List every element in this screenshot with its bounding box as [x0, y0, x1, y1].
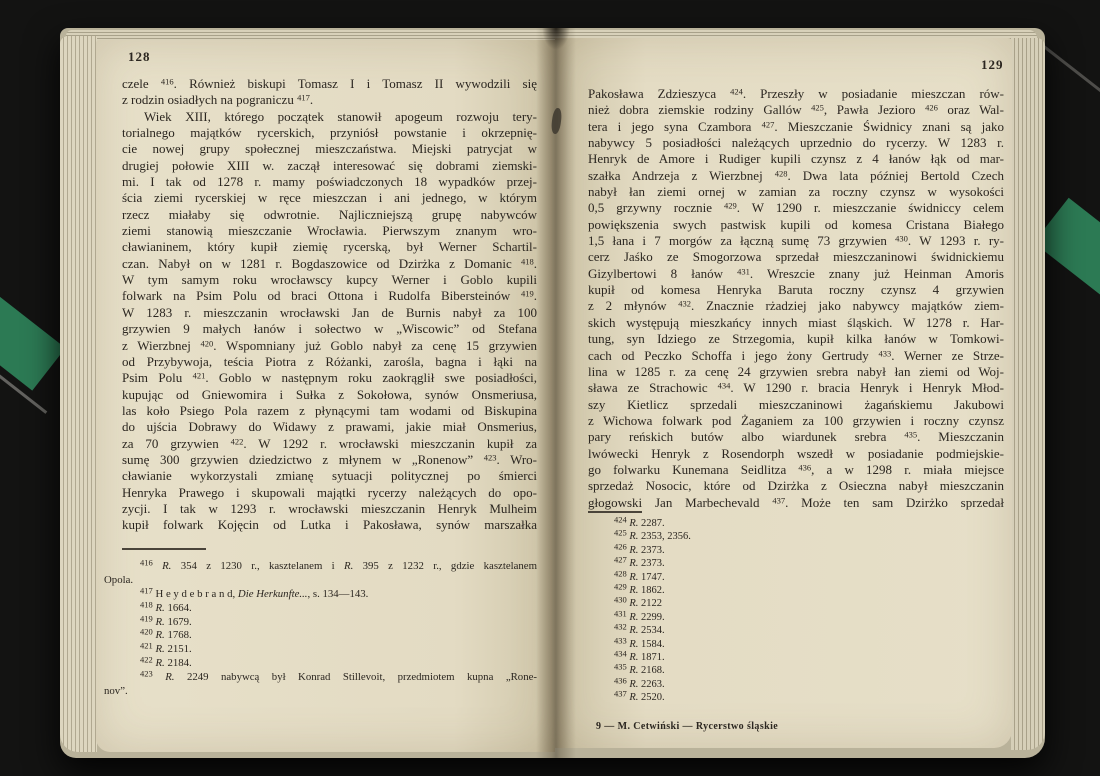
text-line: W tym samym roku wrocławscy kupcy Werner…: [122, 272, 537, 288]
right-footnote-rule: [588, 511, 642, 513]
footnote-line: 434 R. 1871.: [588, 651, 1004, 664]
text-line: Henryka Prawego i skupowali majątki ryce…: [122, 485, 537, 501]
text-line: sława ze Strachowic 434. W 1290 r. braci…: [588, 380, 1004, 396]
text-line: z Wichowa folwark pod Żaganiem za 100 gr…: [588, 413, 1004, 429]
text-line: 0,5 grzywny rocznie 429. W 1290 r. miesz…: [588, 200, 1004, 216]
left-page-text: czele 416. Również biskupi Tomasz I i To…: [122, 76, 537, 534]
gutter-top-notch: [542, 28, 570, 50]
text-line: zycji. I tak w 1293 r. wrocławski mieszc…: [122, 501, 537, 517]
text-line: z Wierzbnej 420. Wspomniany już Goblo na…: [122, 338, 537, 354]
footnote-line: 421 R. 2151.: [104, 643, 537, 657]
text-line: szałka Andrzeja z Wierzbnej 428. Dwa lat…: [588, 168, 1004, 184]
footnote-line: 417 H e y d e b r a n d, Die Herkunfte..…: [104, 588, 537, 602]
text-line: las koło Psiego Pola razem z płynącymi t…: [122, 403, 537, 419]
text-line: nież dobra ziemskie rodziny Gallów 425, …: [588, 102, 1004, 118]
left-page-footnotes: 416 R. 354 z 1230 r., kasztelanem i R. 3…: [104, 560, 537, 699]
text-line: cerz Jaśko ze Smogorzowa sprzedał mieszc…: [588, 249, 1004, 265]
text-line: nabył łan ziemi ornej w zamian za roczny…: [588, 184, 1004, 200]
footnote-line: 427 R. 2373.: [588, 557, 1004, 570]
text-line: drugiej połowie XIII w. zaczął interesow…: [122, 158, 537, 174]
text-line: Henryk de Amore i Rudiger kupili czynsz …: [588, 151, 1004, 167]
footnote-line: Opola.: [104, 574, 537, 588]
page-edges-right: [1011, 38, 1045, 750]
text-line: torialnego majątków rycerskich, przyniós…: [122, 125, 537, 141]
text-line: powiększenia swych pastwisk kupili od ko…: [588, 217, 1004, 233]
text-line: z rodzin osiadłych na pograniczu 417.: [122, 92, 537, 108]
text-line: tera i jego syna Czambora 427. Mieszczan…: [588, 119, 1004, 135]
text-line: lwówecki Henryk z Rosendorph wszedł w po…: [588, 446, 1004, 462]
text-line: cach od Peczko Schoffa i jego żony Gertr…: [588, 348, 1004, 364]
gutter-shadow: [536, 28, 576, 758]
footnote-line: nov”.: [104, 685, 537, 699]
diagonal-line-right: [1042, 44, 1100, 98]
text-line: ziemi stanowią mieszczanie Wrocławia. Pi…: [122, 223, 537, 239]
text-line: mi. I tak od 1278 r. mamy poświadczonych…: [122, 174, 537, 190]
text-line: za 70 grzywien 422. W 1292 r. wrocławski…: [122, 436, 537, 452]
footnote-line: 424 R. 2287.: [588, 517, 1004, 530]
text-line: go folwarku Kunemana Seidlitza 436, a w …: [588, 462, 1004, 478]
page-edges-left: [60, 36, 97, 752]
footnote-line: 423 R. 2249 nabywcą był Konrad Stillevoi…: [104, 671, 537, 685]
text-line: cie nowej grupy społecznej mieszczaństwa…: [122, 141, 537, 157]
footnote-line: 431 R. 2299.: [588, 611, 1004, 624]
text-line: tung, syn Idziego ze Strzegomia, kupił k…: [588, 331, 1004, 347]
text-line: czan. Nabył on w 1281 r. Bogdaszowice od…: [122, 256, 537, 272]
text-line: rzecz miałaby się odwrotnie. Najliczniej…: [122, 207, 537, 223]
text-line: kupił folwark Kojęcin od Lutka i Pakosła…: [122, 517, 537, 533]
page-number-right: 129: [981, 57, 1004, 73]
text-line: cławianinem, który kupił ziemię rycerską…: [122, 239, 537, 255]
text-line: 1,5 łana i 7 morgów za łączną sumę 73 gr…: [588, 233, 1004, 249]
text-line: pary reńskich butów albo wiardunek srebr…: [588, 429, 1004, 445]
footnote-line: 433 R. 1584.: [588, 638, 1004, 651]
text-line: szy Kietlicz sprzedali mieszczaninowi ża…: [588, 397, 1004, 413]
right-page-text: Pakosława Zdzieszyca 424. Przeszły w pos…: [588, 86, 1004, 511]
footnote-line: 426 R. 2373.: [588, 544, 1004, 557]
text-line: Gizylbertowi 8 łanów 431. Wreszcie znany…: [588, 266, 1004, 282]
text-line: sumę 300 grzywien dziedzictwo z młynem w…: [122, 452, 537, 468]
left-footnote-rule: [122, 548, 206, 550]
footnote-line: 422 R. 2184.: [104, 657, 537, 671]
text-line: folwark na Psim Polu od braci Ottona i R…: [122, 288, 537, 304]
text-line: głogowski Jan Marbechevald 437. Może ten…: [588, 495, 1004, 511]
footnote-line: 435 R. 2168.: [588, 664, 1004, 677]
footnote-line: 430 R. 2122: [588, 597, 1004, 610]
text-line: kupując od Gniewomira i Sułka z Sokołowa…: [122, 387, 537, 403]
text-line: sprzedaż Nosocic, które od Dzirżka z Osi…: [588, 478, 1004, 494]
footnote-line: 436 R. 2263.: [588, 678, 1004, 691]
footnote-line: 425 R. 2353, 2356.: [588, 530, 1004, 543]
green-stripe-left: [0, 283, 65, 390]
page-number-left: 128: [128, 49, 151, 65]
text-line: kupił od komesa Henryka Baruta roczny cz…: [588, 282, 1004, 298]
footnote-line: 437 R. 2520.: [588, 691, 1004, 704]
footnote-line: 418 R. 1664.: [104, 602, 537, 616]
footnote-line: 420 R. 1768.: [104, 629, 537, 643]
footnote-line: 428 R. 1747.: [588, 571, 1004, 584]
right-page-footnotes: 424 R. 2287.425 R. 2353, 2356.426 R. 237…: [588, 517, 1004, 704]
text-line: z 2 młynów 432. Znacznie rżadziej jako n…: [588, 298, 1004, 314]
footnote-line: 432 R. 2534.: [588, 624, 1004, 637]
text-line: czele 416. Również biskupi Tomasz I i To…: [122, 76, 537, 92]
text-line: lina w 1285 r. za cenę 24 grzywien srebr…: [588, 364, 1004, 380]
text-line: cławianie wykorzystali zmianę sytuacji p…: [122, 468, 537, 484]
text-line: grzywien 9 małych łanów i sołectwo w „Wi…: [122, 321, 537, 337]
text-line: Psim Polu 421. Goblo w następnym roku za…: [122, 370, 537, 386]
text-line: W 1283 r. mieszczanin wrocławski Jan de …: [122, 305, 537, 321]
footnote-line: 416 R. 354 z 1230 r., kasztelanem i R. 3…: [104, 560, 537, 574]
book-scan-photo: 128 129 czele 416. Również biskupi Tomas…: [0, 0, 1100, 776]
text-line: ścia ziemi rycerskiej w ręce mieszczan i…: [122, 190, 537, 206]
text-line: do ujścia Dobrawy do Widawy z prawami, j…: [122, 419, 537, 435]
book-signature-footer: 9 — M. Cetwiński — Rycerstwo śląskie: [596, 721, 778, 732]
text-line: Wiek XIII, którego początek stanowił apo…: [122, 109, 537, 125]
text-line: skich występują mieszkańcy innych miast …: [588, 315, 1004, 331]
footnote-line: 419 R. 1679.: [104, 616, 537, 630]
text-line: Pakosława Zdzieszyca 424. Przeszły w pos…: [588, 86, 1004, 102]
footnote-line: 429 R. 1862.: [588, 584, 1004, 597]
text-line: nabywcy 5 posiadłości należących uprzedn…: [588, 135, 1004, 151]
text-line: od Przybywoja, teścia Piotra z Różanki, …: [122, 354, 537, 370]
